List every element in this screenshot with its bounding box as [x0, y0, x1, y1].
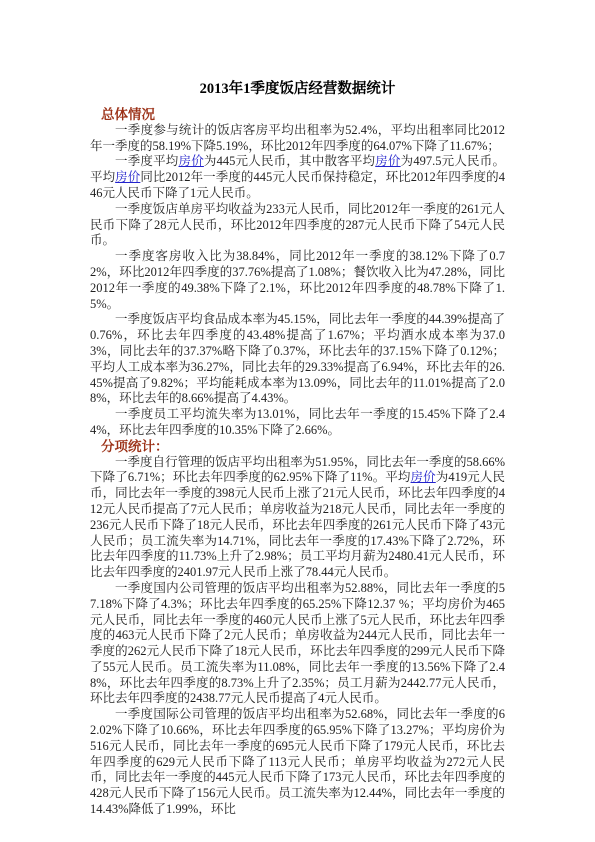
text-run: 为445元人民币，其中散客平均 — [204, 154, 375, 168]
text-run: 一季度饭店单房平均收益为233元人民币，同比2012年一季度的261元人民币下降… — [90, 202, 505, 248]
fangjia-link[interactable]: 房价 — [411, 470, 436, 484]
paragraph: 一季度客房收入比为38.84%，同比2012年一季度的38.12%下降了0.72… — [90, 249, 505, 312]
text-run: 一季度国内公司管理的饭店平均出租率为52.88%，同比去年一季度的57.18%下… — [90, 581, 505, 706]
paragraph: 一季度饭店单房平均收益为233元人民币，同比2012年一季度的261元人民币下降… — [90, 202, 505, 249]
fangjia-link[interactable]: 房价 — [375, 154, 400, 168]
fangjia-link[interactable]: 房价 — [115, 170, 140, 184]
paragraph: 一季度参与统计的饭店客房平均出租率为52.4%，平均出租率同比2012年一季度的… — [90, 123, 505, 155]
text-run: 一季度员工平均流失率为13.01%，同比去年一季度的15.45%下降了2.44%… — [90, 407, 505, 437]
text-run: 一季度参与统计的饭店客房平均出租率为52.4%，平均出租率同比2012年一季度的… — [90, 123, 505, 153]
document-title: 2013年1季度饭店经营数据统计 — [90, 80, 505, 98]
section-heading: 分项统计： — [90, 439, 505, 455]
text-run: 一季度平均 — [115, 154, 179, 168]
document-body: 总体情况一季度参与统计的饭店客房平均出租率为52.4%，平均出租率同比2012年… — [90, 107, 505, 818]
section-heading: 总体情况 — [90, 107, 505, 123]
paragraph: 一季度自行管理的饭店平均出租率为51.95%，同比去年一季度的58.66%下降了… — [90, 455, 505, 581]
paragraph: 一季度国内公司管理的饭店平均出租率为52.88%，同比去年一季度的57.18%下… — [90, 581, 505, 707]
text-run: 一季度客房收入比为38.84%，同比2012年一季度的38.12%下降了0.72… — [90, 249, 505, 310]
document-page: 2013年1季度饭店经营数据统计 总体情况一季度参与统计的饭店客房平均出租率为5… — [0, 0, 595, 842]
paragraph: 一季度平均房价为445元人民币，其中散客平均房价为497.5元人民币。平均房价同… — [90, 154, 505, 201]
text-run: 一季度国际公司管理的饭店平均出租率为52.68%，同比去年一季度的62.02%下… — [90, 707, 505, 816]
paragraph: 一季度国际公司管理的饭店平均出租率为52.68%，同比去年一季度的62.02%下… — [90, 707, 505, 818]
fangjia-link[interactable]: 房价 — [179, 154, 204, 168]
text-run: 一季度饭店平均食品成本率为45.15%，同比去年一季度的44.39%提高了0.7… — [90, 312, 505, 405]
paragraph: 一季度员工平均流失率为13.01%，同比去年一季度的15.45%下降了2.44%… — [90, 407, 505, 439]
paragraph: 一季度饭店平均食品成本率为45.15%，同比去年一季度的44.39%提高了0.7… — [90, 312, 505, 407]
text-run: 同比2012年一季度的445元人民币保持稳定，环比2012年四季度的446元人民… — [90, 170, 505, 200]
text-run: 为419元人民币，同比去年一季度的398元人民币上涨了21元人民币，环比去年四季… — [90, 470, 505, 579]
